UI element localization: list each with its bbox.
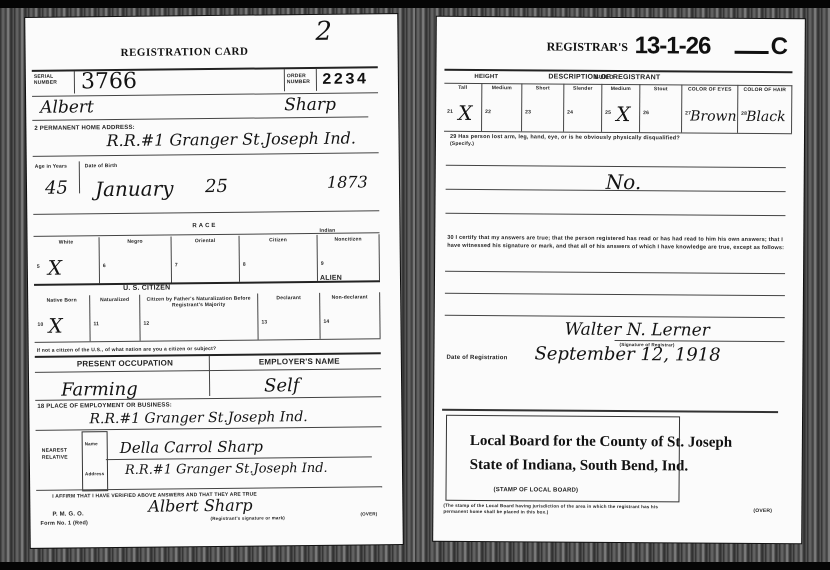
field-number: 25 xyxy=(605,110,611,116)
table-cell: Short23 xyxy=(522,83,564,131)
checkmark: X xyxy=(616,102,630,126)
over-label-back: (OVER) xyxy=(753,508,772,514)
checkmark: Black xyxy=(746,109,786,125)
column-label: COLOR OF HAIR xyxy=(738,87,791,93)
stamp-line-2: State of Indiana, South Bend, Ind. xyxy=(470,457,689,476)
column-label: Negro xyxy=(100,238,171,245)
table-cell: Tall21X xyxy=(444,83,482,131)
form-number: Form No. 1 (Red) xyxy=(41,520,89,526)
occupation-value: Farming xyxy=(61,379,138,401)
column-label: Tall xyxy=(444,85,481,91)
stamp-caption: (STAMP OF LOCAL BOARD) xyxy=(494,487,579,494)
field-number: 10 xyxy=(37,322,43,328)
field-number: 24 xyxy=(567,110,573,116)
home-address: R.R.#1 Granger St.Joseph Ind. xyxy=(106,129,356,151)
table-cell: Medium25X xyxy=(602,84,640,132)
dob-label: Date of Birth xyxy=(85,163,118,169)
citizen-label: U. S. CITIZEN xyxy=(123,284,170,291)
table-cell: White5X xyxy=(34,237,100,284)
table-cell: Declarant13 xyxy=(258,293,320,340)
race-label: RACE xyxy=(192,223,217,229)
field-number: 12 xyxy=(143,321,149,327)
last-name: Sharp xyxy=(284,95,336,116)
column-label: Citizen xyxy=(240,237,317,244)
dob-day: 25 xyxy=(205,176,228,197)
field-number: 11 xyxy=(93,321,99,327)
stamp-note: (The stamp of the Local Board having jur… xyxy=(443,503,683,517)
registrant-signature: Albert Sharp xyxy=(148,496,252,516)
dob-month: January xyxy=(95,176,174,201)
place-label: 18 PLACE OF EMPLOYMENT OR BUSINESS: xyxy=(37,402,172,409)
field-number: 8 xyxy=(243,262,246,268)
registration-date: September 12, 1918 xyxy=(534,343,720,365)
form-code: P. M. G. O. xyxy=(52,511,83,517)
registrar-label: REGISTRAR'S xyxy=(547,39,628,55)
question-29: 29 Has person lost arm, leg, hand, eye, … xyxy=(450,134,790,142)
age-label: Age in Years xyxy=(35,164,67,170)
employer-label: EMPLOYER'S NAME xyxy=(259,357,340,367)
alien-label: ALIEN xyxy=(320,275,342,282)
column-label: Declarant xyxy=(258,295,319,302)
field-number: 23 xyxy=(525,109,531,115)
field-number: 14 xyxy=(323,319,329,325)
serial-number: 3766 xyxy=(81,69,137,95)
column-label: Non-declarant xyxy=(320,294,379,301)
signature-label: (Registrant's signature or mark) xyxy=(210,515,285,521)
date-label: Date of Registration xyxy=(446,355,507,361)
build-group-label: BUILD xyxy=(594,75,613,81)
column-label: White xyxy=(34,239,99,246)
description-table: Tall21XMedium22Short23Slender24Medium25X… xyxy=(444,83,792,133)
relative-name: Della Carrol Sharp xyxy=(120,437,263,456)
field-number: 5 xyxy=(37,264,40,270)
column-label: Naturalized xyxy=(90,297,139,304)
field-number: 26 xyxy=(643,110,649,116)
column-label: Stout xyxy=(640,86,681,92)
height-group-label: HEIGHT xyxy=(474,74,498,80)
relative-address-label: Address xyxy=(85,471,104,476)
field-number: 13 xyxy=(261,319,267,325)
table-cell: Naturalized11 xyxy=(90,295,140,342)
table-cell: COLOR OF EYES27Brown xyxy=(682,84,738,132)
occupation-label: PRESENT OCCUPATION xyxy=(77,358,173,368)
specify-label: (Specify.) xyxy=(450,141,474,147)
registrar-code: 13-1-26 xyxy=(635,32,711,61)
employer-value: Self xyxy=(264,375,300,396)
column-label: Medium xyxy=(482,85,521,91)
field-number: 9 xyxy=(321,261,324,267)
checkmark: Brown xyxy=(690,108,737,124)
place-value: R.R.#1 Granger St.Joseph Ind. xyxy=(89,409,307,427)
column-label: Oriental xyxy=(172,238,239,245)
certification-text: 30 I certify that my answers are true; t… xyxy=(447,235,792,252)
checkmark: X xyxy=(458,101,472,125)
column-label: Native Born xyxy=(34,297,89,304)
corner-mark: 2 xyxy=(315,17,332,47)
column-label: Medium xyxy=(602,86,639,92)
checkmark: X xyxy=(48,314,63,338)
relative-name-label: Name xyxy=(85,441,98,446)
card-title: REGISTRATION CARD xyxy=(121,46,249,59)
dob-year: 1873 xyxy=(327,172,368,191)
table-cell: Slender24 xyxy=(564,84,602,132)
column-label: COLOR OF EYES xyxy=(682,86,737,92)
table-cell: COLOR OF HAIR28Black xyxy=(738,85,792,133)
over-label: (OVER) xyxy=(360,511,377,516)
registration-card-front: 2 REGISTRATION CARD SERIAL NUMBER 3766 O… xyxy=(25,14,403,548)
age-value: 45 xyxy=(45,178,68,199)
table-cell: Medium22 xyxy=(482,83,522,131)
registration-card-back: REGISTRAR'S 13-1-26 C DESCRIPTION OF REG… xyxy=(433,17,805,544)
field-number: 6 xyxy=(103,263,106,269)
table-cell: Stout26 xyxy=(640,84,682,132)
citizen-table: Native Born10XNaturalized11Citizen by Fa… xyxy=(34,292,380,342)
serial-label: SERIAL NUMBER xyxy=(34,73,72,85)
column-label: Noncitizen xyxy=(318,236,379,243)
column-label: Citizen by Father's Naturalization Befor… xyxy=(140,296,257,309)
table-cell: Citizen by Father's Naturalization Befor… xyxy=(140,294,258,341)
field-number: 7 xyxy=(175,262,178,268)
registrar-signature: Walter N. Lerner xyxy=(565,320,710,341)
order-label: ORDER NUMBER xyxy=(287,73,315,85)
table-cell: Oriental7 xyxy=(172,236,240,283)
table-cell: Native Born10X xyxy=(34,295,90,342)
relative-address: R.R.#1 Granger St.Joseph Ind. xyxy=(125,461,328,478)
first-name: Albert xyxy=(40,97,94,118)
table-cell: Non-declarant14 xyxy=(320,292,380,339)
table-cell: Citizen8 xyxy=(240,235,318,282)
field-number: 21 xyxy=(447,109,453,115)
order-number: 2234 xyxy=(322,70,369,88)
nearest-relative-label: NEAREST RELATIVE xyxy=(42,447,78,461)
table-cell: Negro6 xyxy=(100,236,172,283)
stamp-line-1: Local Board for the County of St. Joseph xyxy=(470,433,732,452)
column-label: Short xyxy=(522,85,563,91)
checkmark: X xyxy=(48,256,63,280)
field-number: 22 xyxy=(485,109,491,115)
registrar-suffix: C xyxy=(771,33,789,61)
column-label: Slender xyxy=(564,86,601,92)
